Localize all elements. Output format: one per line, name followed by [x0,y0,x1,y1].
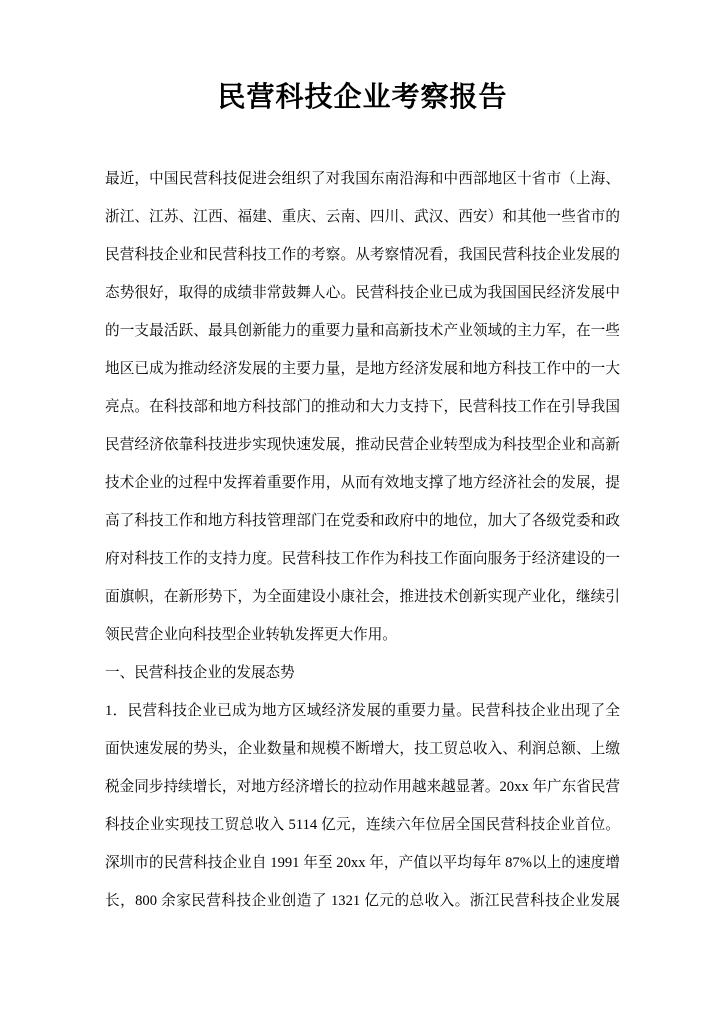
document-body: 最近，中国民营科技促进会组织了对我国东南沿海和中西部地区十省市（上海、浙江、江苏… [105,160,620,920]
section-heading-development-trend: 一、民营科技企业的发展态势 [105,654,620,692]
document-page: 民营科技企业考察报告 最近，中国民营科技促进会组织了对我国东南沿海和中西部地区十… [0,0,721,1020]
paragraph-section-1: 1．民营科技企业已成为地方区域经济发展的重要力量。民营科技企业出现了全面快速发展… [105,692,620,920]
paragraph-intro: 最近，中国民营科技促进会组织了对我国东南沿海和中西部地区十省市（上海、浙江、江苏… [105,160,620,654]
document-title: 民营科技企业考察报告 [105,80,620,116]
